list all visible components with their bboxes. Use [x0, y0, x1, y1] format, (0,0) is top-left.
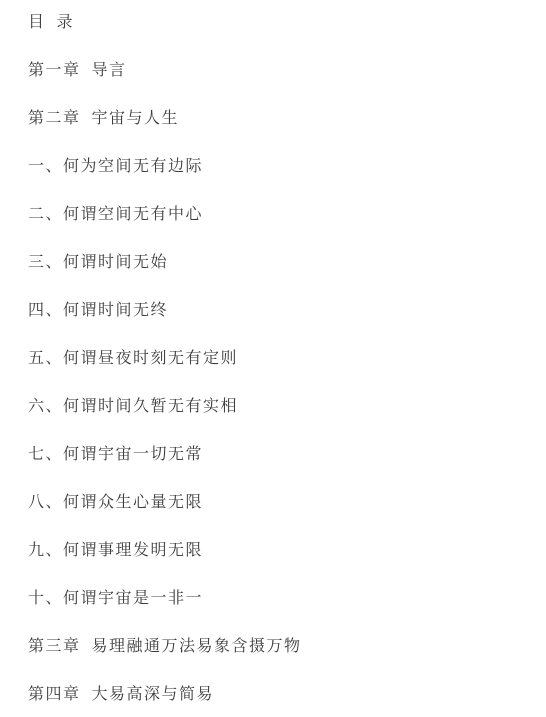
toc-entry-section-9: 九、何谓事理发明无限 [28, 542, 526, 560]
toc-entry-chapter-4: 第四章 大易高深与简易 [28, 686, 526, 704]
toc-entry-chapter-2: 第二章 宇宙与人生 [28, 110, 526, 128]
toc-entry-chapter-3: 第三章 易理融通万法易象含摄万物 [28, 638, 526, 656]
toc-entry-section-1: 一、何为空间无有边际 [28, 158, 526, 176]
toc-entry-section-10: 十、何谓宇宙是一非一 [28, 590, 526, 608]
toc-entry-section-6: 六、何谓时间久暂无有实相 [28, 398, 526, 416]
toc-entry-section-8: 八、何谓众生心量无限 [28, 494, 526, 512]
toc-title: 目 录 [28, 14, 526, 32]
toc-entry-chapter-1: 第一章 导言 [28, 62, 526, 80]
toc-entry-section-3: 三、何谓时间无始 [28, 254, 526, 272]
toc-entry-section-4: 四、何谓时间无终 [28, 302, 526, 320]
toc-page: 目 录 第一章 导言 第二章 宇宙与人生 一、何为空间无有边际 二、何谓空间无有… [0, 0, 546, 717]
toc-entry-section-7: 七、何谓宇宙一切无常 [28, 446, 526, 464]
toc-entry-section-5: 五、何谓昼夜时刻无有定则 [28, 350, 526, 368]
toc-entry-section-2: 二、何谓空间无有中心 [28, 206, 526, 224]
